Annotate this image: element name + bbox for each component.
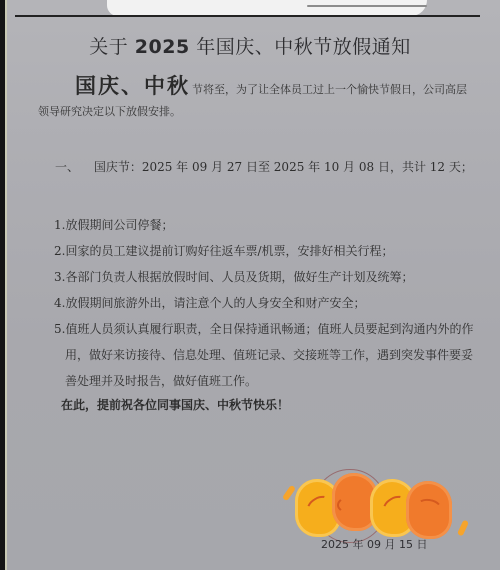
list-item-continuation: 善处理并及时报告，做好值班工作。 bbox=[54, 368, 494, 394]
redacted-letterhead bbox=[107, 0, 427, 16]
list-item-continuation: 用，做好来访接待、信息处理、值班记录、交接班等工作，遇到突发事件要妥 bbox=[54, 342, 494, 368]
title-year: 2025 bbox=[135, 36, 190, 58]
item-number: 5. bbox=[54, 322, 65, 336]
item-number: 1. bbox=[54, 218, 65, 232]
notice-items-list: 1.放假期间公司停餐； 2.回家的员工建议提前订购好往返车票/机票，安排好相关行… bbox=[54, 212, 494, 394]
section-text: 国庆节：2025 年 09 月 27 日至 2025 年 10 月 08 日，共… bbox=[94, 160, 473, 174]
intro-paragraph: 国庆、中秋节将至，为了让全体员工过上一个愉快节假日，公司高层 bbox=[38, 72, 478, 104]
intro-line1-rest: 节将至，为了让全体员工过上一个愉快节假日，公司高层 bbox=[192, 83, 467, 96]
letterhead-rule bbox=[15, 15, 480, 17]
section-national-day: 一、 国庆节：2025 年 09 月 27 日至 2025 年 10 月 08 … bbox=[55, 158, 473, 175]
intro-line2: 领导研究决定以下放假安排。 bbox=[38, 103, 181, 119]
title-suffix: 年国庆、中秋节放假通知 bbox=[196, 36, 411, 58]
sparkle-right-icon bbox=[457, 519, 469, 536]
digit-0-curve bbox=[337, 496, 365, 514]
item-text: 值班人员须认真履行职责，全日保持通讯畅通；值班人员要起到沟通内外的作 bbox=[65, 322, 473, 336]
list-item: 4.放假期间旅游外出，请注意个人的人身安全和财产安全； bbox=[54, 290, 494, 316]
list-item: 3.各部门负责人根据放假时间、人员及货期，做好生产计划及统筹； bbox=[54, 264, 494, 290]
list-item: 5.值班人员须认真履行职责，全日保持通讯畅通；值班人员要起到沟通内外的作 bbox=[54, 316, 494, 342]
item-number: 3. bbox=[54, 270, 65, 284]
item-text: 放假期间旅游外出，请注意个人的人身安全和财产安全； bbox=[65, 296, 365, 310]
intro-emphasis: 国庆、中秋 bbox=[75, 73, 190, 98]
redacted-letterhead-line bbox=[307, 5, 427, 7]
closing-greeting: 在此，提前祝各位同事国庆、中秋节快乐！ bbox=[61, 396, 289, 413]
item-text: 放假期间公司停餐； bbox=[65, 218, 173, 232]
notice-date: 2025 年 09 月 15 日 bbox=[321, 536, 427, 552]
notice-title: 关于 2025 年国庆、中秋节放假通知 bbox=[0, 32, 500, 59]
list-item: 1.放假期间公司停餐； bbox=[54, 212, 494, 238]
sparkle-left-icon bbox=[282, 485, 296, 502]
list-item: 2.回家的员工建议提前订购好往返车票/机票，安排好相关行程； bbox=[54, 238, 494, 264]
item-text: 各部门负责人根据放假时间、人员及货期，做好生产计划及统筹； bbox=[65, 270, 413, 284]
item-number: 4. bbox=[54, 296, 65, 310]
item-text: 回家的员工建议提前订购好往返车票/机票，安排好相关行程； bbox=[65, 244, 393, 258]
title-prefix: 关于 bbox=[89, 36, 128, 58]
item-number: 2. bbox=[54, 244, 65, 258]
section-marker: 一、 bbox=[55, 158, 90, 175]
